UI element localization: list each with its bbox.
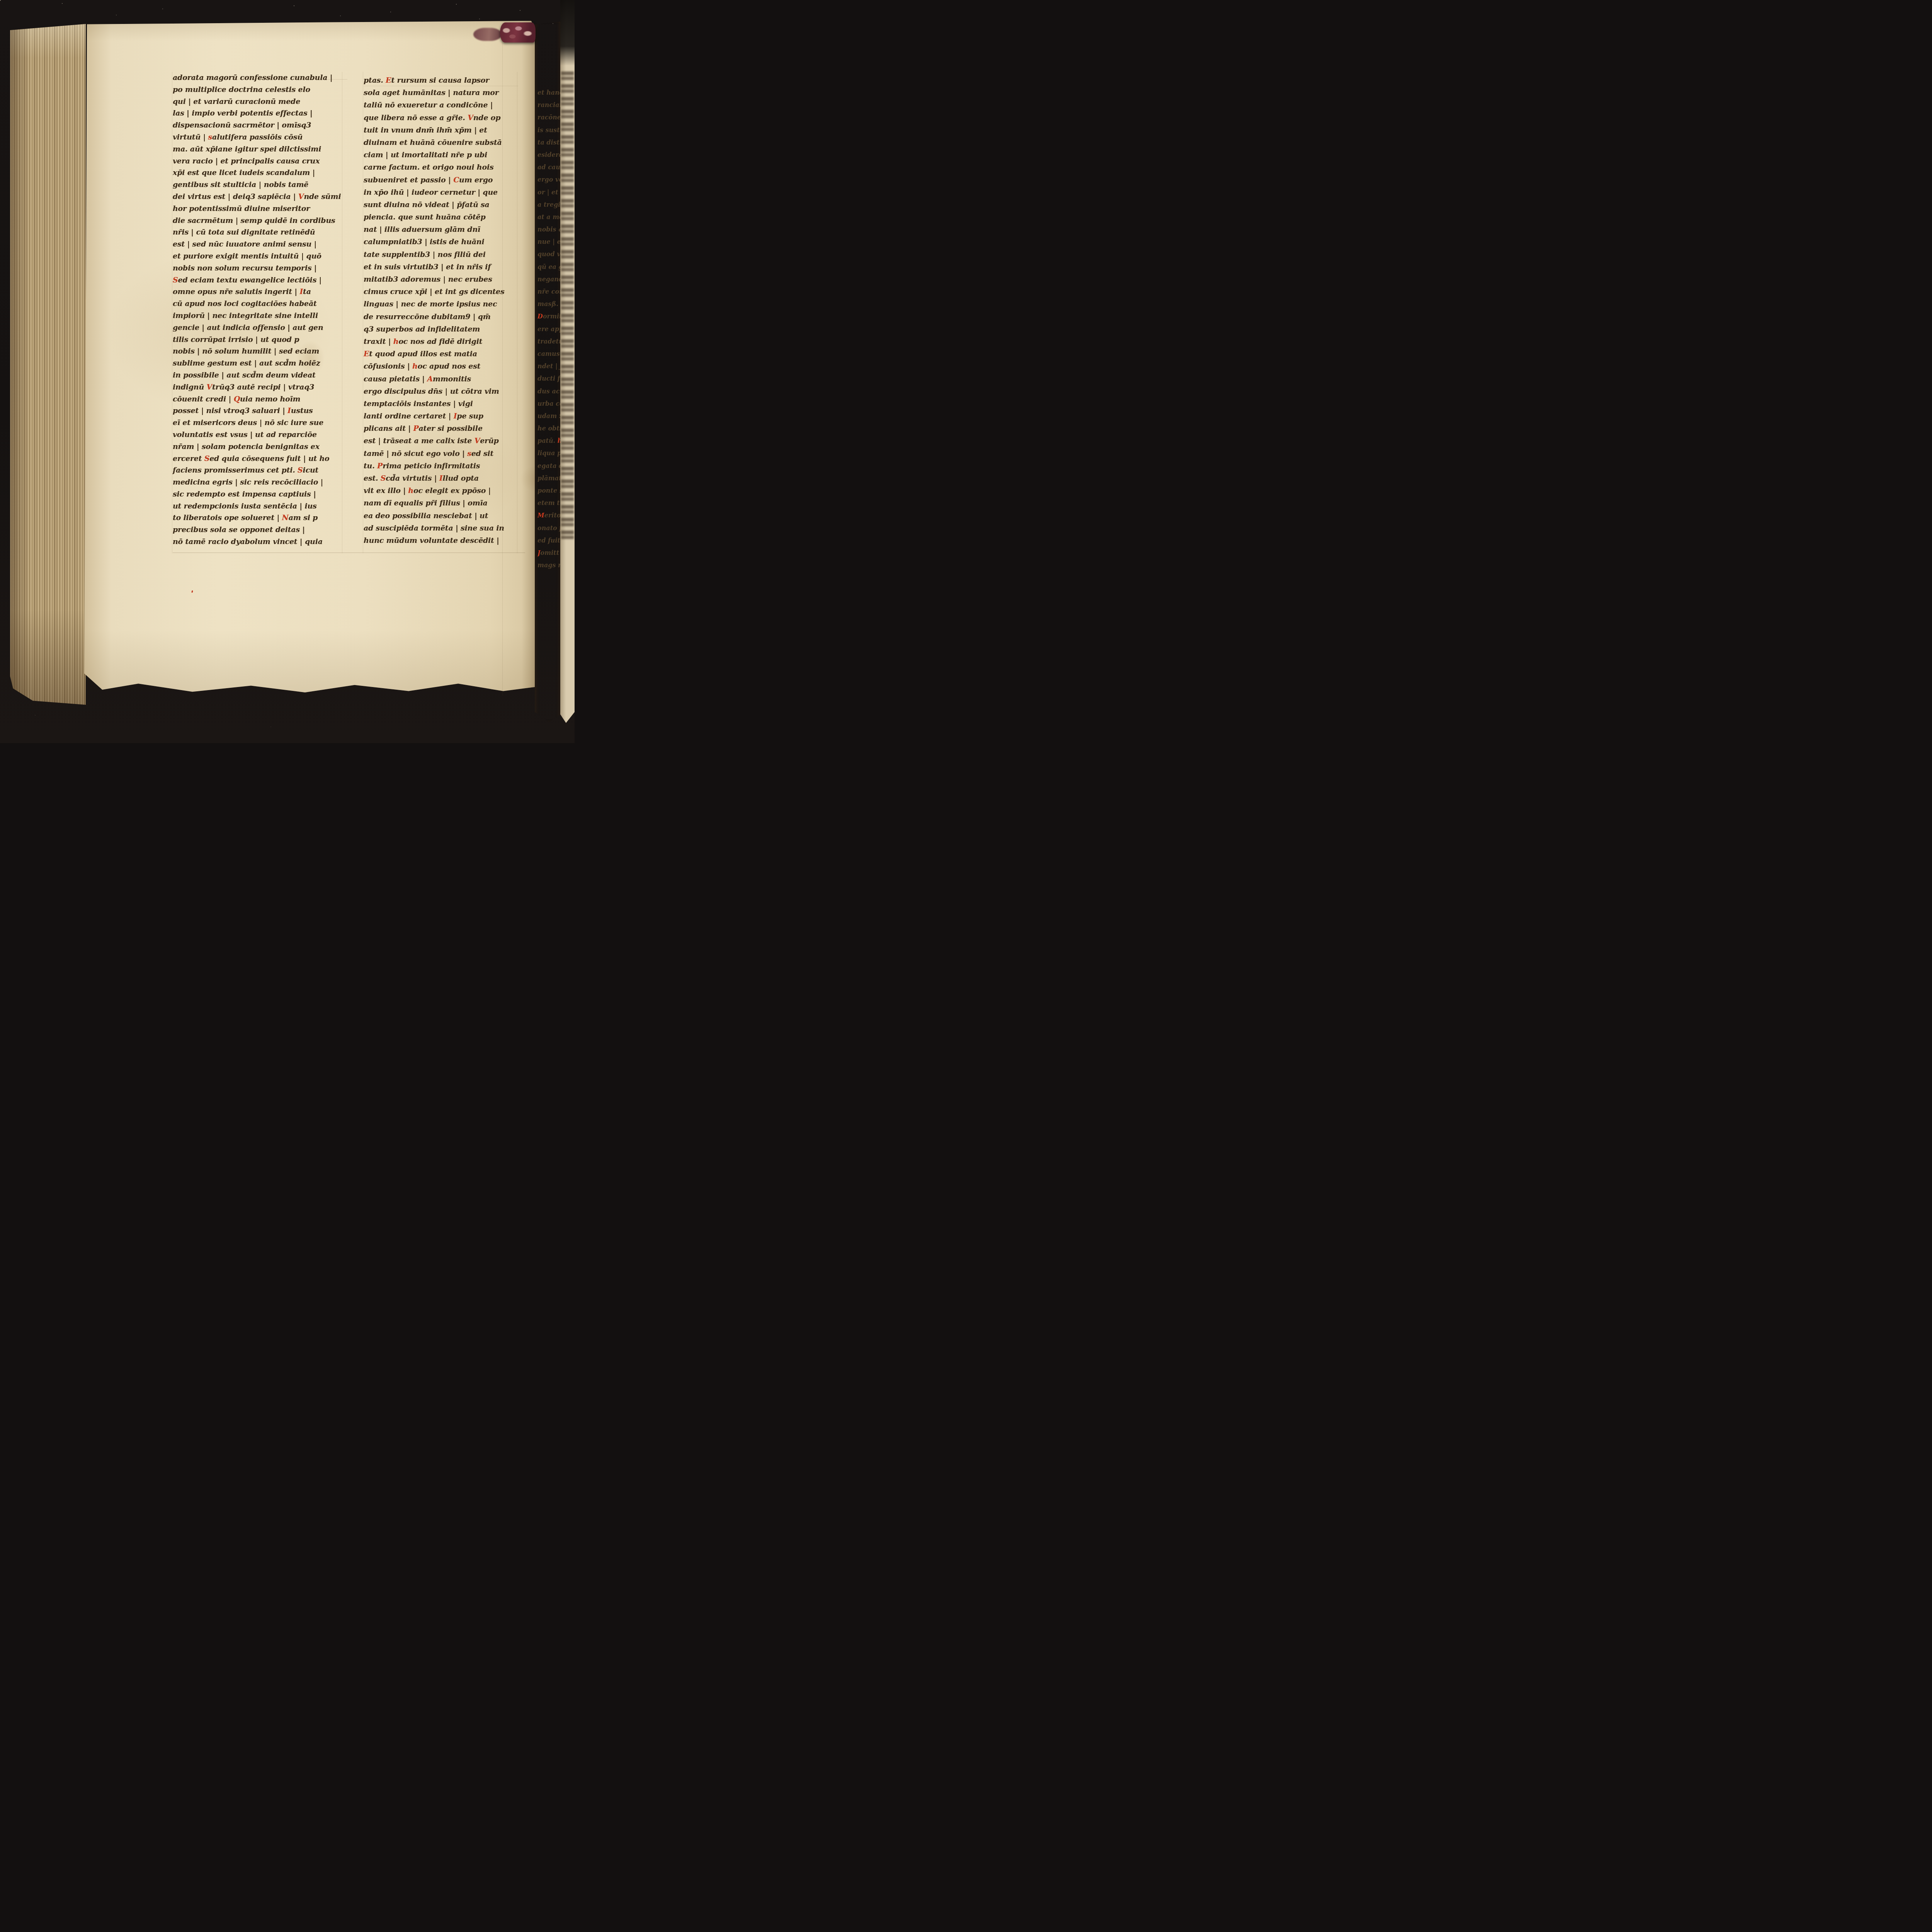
text-line: etem tul (537, 497, 561, 509)
text-line: nat | illis aduersum glām dnī (364, 223, 517, 236)
text-line: a tregidā (537, 199, 561, 211)
text-line: hunc mūdum voluntate descēdit | (364, 534, 517, 547)
manuscript-photo: adorata magorū confessione cunabula |po … (0, 0, 575, 743)
text-line: vit ex illo | hoc elegit ex ppōso | (364, 485, 517, 497)
text-line: ut redempcionis iusta sentēcia | ius (173, 500, 342, 512)
text-line: cimus cruce xp̄i | et int gs dicentes (364, 286, 517, 298)
text-line: lanti ordine certaret | Ipe sup (364, 410, 517, 422)
ruling-line-col2-left (363, 72, 363, 553)
rubricated-letter: h (412, 362, 418, 371)
text-line: ed fuit | (537, 534, 561, 547)
text-line: racōne p (537, 111, 561, 124)
blurred-page-edge (560, 0, 575, 730)
text-line: masß. gre (537, 298, 561, 310)
rubricated-letter: D (537, 313, 543, 320)
rubricated-letter: S (381, 474, 386, 483)
text-line: urba cōp (537, 398, 561, 410)
rubricated-letter: h (393, 337, 399, 346)
text-line: in possibile | aut scd̄m deum videat (173, 369, 342, 381)
text-line: mitatib3 adoremus | nec erubes (364, 273, 517, 286)
rubricated-letter: V (206, 383, 212, 391)
ruling-line-left (172, 72, 172, 553)
rubricated-letter: h (408, 486, 413, 495)
rubricated-letter: V (468, 114, 473, 122)
rubricated-letter: A (427, 375, 433, 383)
text-line: sic redempto est impensa captiuis | (173, 488, 342, 500)
rubricated-letter: S (298, 466, 303, 474)
text-line: linguas | nec de morte ipsius nec (364, 298, 517, 310)
text-line: posset | nisi vtroq3 saluari | Iustus (173, 405, 342, 417)
text-line: udam Scē (537, 410, 561, 422)
text-column-left: adorata magorū confessione cunabula |po … (173, 72, 342, 548)
text-line: tamē | nō sicut ego volo | sed sit (364, 447, 517, 460)
text-line: cū apud nos loci cogitaciōes habeāt (173, 298, 342, 310)
text-line: q3 superbos ad infidelitatem (364, 323, 517, 335)
rubricated-letter: E (364, 350, 369, 358)
text-line: camus | et (537, 348, 561, 360)
text-line: causa pietatis | Ammonitis (364, 373, 517, 385)
text-line: precibus sola se opponet deitas | (173, 524, 342, 536)
text-line: dei virtus est | deiq3 sapiēcia | Vnde s… (173, 191, 342, 203)
text-line: ergo vol (537, 173, 561, 186)
rubricated-letter: J (537, 549, 541, 556)
rubricated-letter: Q (234, 395, 240, 403)
headband-shadow (473, 28, 502, 41)
text-line: qui | et variarū curacionū mede (173, 96, 342, 108)
text-line: ergo discipulus dn̄s | ut cōtra vim (364, 385, 517, 398)
text-line: tradetur (537, 335, 561, 348)
text-line: po multiplice doctrina celestis elo (173, 84, 342, 96)
rubricated-letter: C (453, 176, 459, 184)
text-line: nobis non solum recursu temporis | (173, 262, 342, 274)
text-line: ranciam (537, 99, 561, 111)
text-line: nue | et in (537, 236, 561, 248)
rubricated-letter: P (413, 424, 418, 433)
text-line: virtutū | salutifera passiōis cōsū (173, 131, 342, 143)
rubricated-letter: I (299, 287, 303, 296)
text-line: indignū Vtrūq3 autē recipi | vtraq3 (173, 381, 342, 393)
text-line: adorata magorū confessione cunabula | (173, 72, 342, 84)
text-line: ad suscipiēda tormēta | sine sua in (364, 522, 517, 534)
text-line: Et quod apud illos est matia (364, 348, 517, 360)
text-line: onato fr (537, 522, 561, 534)
rubricated-letter: V (474, 437, 480, 445)
edge-text-fragments: et hancranciamracōne pis susteta distīes… (537, 87, 561, 571)
text-line: carne factum. et origo noui hois (364, 161, 517, 173)
text-line: vera racio | et principalis causa crux (173, 155, 342, 167)
text-line: ma. aūt xp̄iane igitur spei dilctissimi (173, 143, 342, 155)
rubricated-letter: M (537, 512, 544, 519)
text-line: nobis quod (537, 223, 561, 236)
text-line: ptas. Et rursum si causa lapsor (364, 74, 517, 87)
rubricated-letter: P (377, 462, 383, 470)
text-column-right: ptas. Et rursum si causa lapsorsola aget… (364, 74, 517, 547)
text-line: sola aget humānitas | natura mor (364, 87, 517, 99)
text-line: medicina egris | sic reis recōciliacio | (173, 476, 342, 488)
ruling-line-col1-right (342, 72, 342, 553)
text-line: gentibus sit stulticia | nobis tamē (173, 179, 342, 191)
text-line: ere appīn (537, 323, 561, 335)
text-line: cōfusionis | hoc apud nos est (364, 360, 517, 372)
text-line: he obtinu (537, 422, 561, 435)
text-line: in xp̄o ihū | iudeor cernetur | que (364, 186, 517, 199)
text-line: nr̄am | solam potencia benignitas ex (173, 441, 342, 453)
rubricated-letter: S (173, 276, 178, 284)
text-line: de resurreccōne dubitam9 | qm̄ (364, 311, 517, 323)
text-line: tu. Prima peticio infirmitatis (364, 460, 517, 472)
text-line: cōuenit credi | Quia nemo hoīm (173, 393, 342, 405)
text-line: est. Scd̄a virtutis | Illud opta (364, 472, 517, 485)
text-line: or | et tit (537, 186, 561, 199)
text-line: traxit | hoc nos ad fidē dirigit (364, 335, 517, 348)
text-line: dus ac fu (537, 385, 561, 398)
rubricated-letter: I (454, 412, 457, 420)
text-line: tuit in vnum dnm̄ ihm̄ xp̄m | et (364, 124, 517, 136)
page-curl-strip: et hancranciamracōne pis susteta distīes… (535, 22, 560, 722)
rubricated-letter: s (467, 449, 471, 458)
text-line: xp̄i est que licet iudeis scandalum | (173, 167, 342, 179)
text-line: nr̄e corre (537, 286, 561, 298)
text-line: faciens promisserimus cet pti. Sicut (173, 464, 342, 476)
text-line: Dormit (537, 310, 561, 323)
text-line: negando (537, 273, 561, 286)
marbled-headband (500, 22, 536, 43)
book-fore-edge-leaves (10, 24, 86, 705)
rubricated-letter: S (204, 454, 210, 463)
text-line: Sed eciam textu ewangelice lectiōis | (173, 274, 342, 286)
text-line: die sacrmētum | semp quidē in cordibus (173, 215, 342, 227)
text-line: sunt diuina nō videat | p̄fatū sa (364, 199, 517, 211)
text-line: est | trāseat a me calix iste Verūp (364, 435, 517, 447)
text-line: las | impio verbi potentis effectas | (173, 107, 342, 119)
text-line: impiorū | nec integritate sine intelli (173, 310, 342, 322)
text-line: quod vol (537, 248, 561, 260)
text-line: taliū nō exueretur a condicōne | (364, 99, 517, 111)
rubricated-letter: I (439, 474, 443, 483)
text-line: plāmatus (537, 472, 561, 485)
text-line: calumpniatib3 | istis de huāni (364, 236, 517, 248)
text-line: esiderau (537, 149, 561, 161)
text-line: sublime gestum est | aut scd̄m hoiēz (173, 357, 342, 369)
text-line: et puriore exigit mentis intuitū | quō (173, 250, 342, 262)
text-line: est | sed nūc iuuatore animi sensu | (173, 238, 342, 250)
text-line: temptaciōis instantes | vigi (364, 398, 517, 410)
text-line: ponte se p (537, 485, 561, 497)
rubricated-letter: s (208, 133, 213, 141)
text-line: erceret Sed quia cōsequens fuit | ut ho (173, 453, 342, 465)
text-line: que libera nō esse a gr̄ie. Vnde op (364, 112, 517, 124)
rubricated-letter: V (298, 192, 304, 201)
dust-specks (0, 0, 1, 1)
rubricated-letter: I (287, 406, 291, 415)
text-line: ducti fuer (537, 372, 561, 385)
text-line: nobis | nō solum humilit | sed eciam (173, 345, 342, 357)
text-line: gencie | aut indicia offensio | aut gen (173, 322, 342, 334)
text-line: ndet | Ju (537, 360, 561, 372)
text-line: eī et misericors deus | nō sic iure sue (173, 417, 342, 429)
text-line: et hanc (537, 87, 561, 99)
text-line: qū ea gn (537, 261, 561, 273)
text-line: mags ma (537, 559, 561, 571)
blurred-text (561, 71, 574, 539)
rubricated-letter: N (282, 514, 289, 522)
text-line: piencia. que sunt huāna cōtēp (364, 211, 517, 223)
text-line: tilis corrūpat irrisio | ut quod p (173, 334, 342, 346)
text-line: voluntatis est vsus | ut ad reparciōe (173, 429, 342, 441)
text-line: diuinam et huānā cōuenire substā (364, 136, 517, 149)
ruling-line-bottom (173, 553, 525, 553)
text-line: liqua pred (537, 447, 561, 459)
rubricated-letter: E (386, 76, 391, 85)
text-line: patū. hu (537, 435, 561, 447)
text-line: egata dig (537, 460, 561, 472)
text-line: nam dī equalis pr̄i filius | omīa (364, 497, 517, 509)
text-line: is suste (537, 124, 561, 136)
text-line: dispensacionū sacrmētor | omīsq3 (173, 119, 342, 131)
text-line: ad causā (537, 161, 561, 173)
text-line: Merito sicu (537, 509, 561, 522)
text-line: ea deo possibilia nesciebat | ut (364, 510, 517, 522)
text-line: nō tamē racio dyabolum vincet | quia (173, 536, 342, 548)
text-line: Jomitt (537, 547, 561, 559)
page-crease (502, 23, 503, 696)
text-line: ta distī (537, 136, 561, 149)
text-line: at a me (537, 211, 561, 223)
text-line: omne opus nr̄e salutis ingerit | Ita (173, 286, 342, 298)
text-line: ciam | ut imortalitati nr̄e p ubi (364, 149, 517, 161)
text-line: hor potentissimū diuine miseritor (173, 203, 342, 215)
text-line: plicans ait | Pater si possibile (364, 422, 517, 435)
text-line: et in suis virtutib3 | et in nr̄is if (364, 261, 517, 273)
text-line: subueniret et passio | Cum ergo (364, 174, 517, 186)
text-line: tate supplentib3 | nos filiū dei (364, 248, 517, 261)
text-line: nr̄is | cū tota sui dignitate retinēdū (173, 226, 342, 238)
text-line: to liberatois ope solueret | Nam si p (173, 512, 342, 524)
